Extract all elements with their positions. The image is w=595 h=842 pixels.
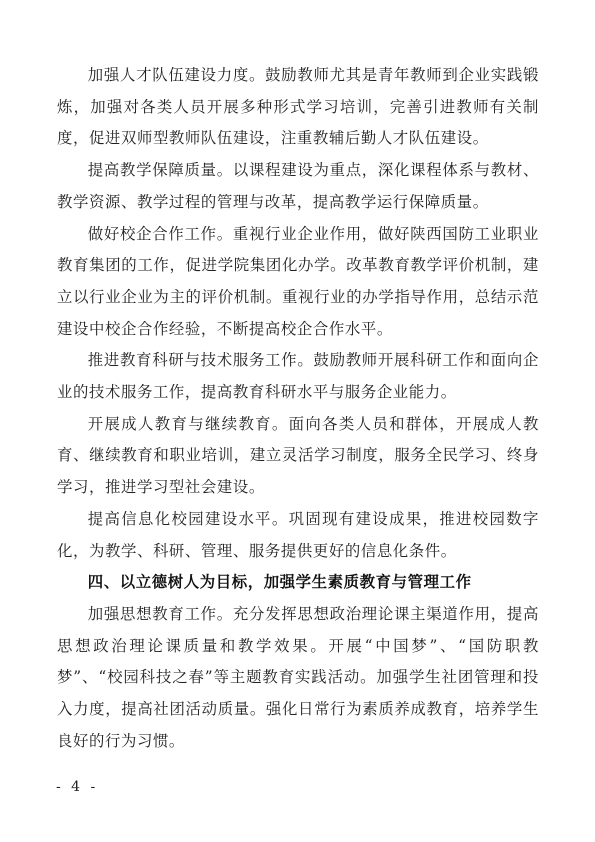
page-number: - 4 -: [56, 779, 98, 795]
paragraph-ideological-education: 加强思想教育工作。充分发挥思想政治理论课主渠道作用，提高思想政治理论课质量和教学…: [57, 599, 539, 758]
paragraph-talent-team: 加强人才队伍建设力度。鼓励教师尤其是青年教师到企业实践锻炼，加强对各类人员开展多…: [57, 60, 539, 155]
paragraph-school-enterprise: 做好校企合作工作。重视行业企业作用，做好陕西国防工业职业教育集团的工作，促进学院…: [57, 219, 539, 346]
paragraph-teaching-quality: 提高教学保障质量。以课程建设为重点，深化课程体系与教材、教学资源、教学过程的管理…: [57, 155, 539, 218]
section-heading-four: 四、以立德树人为目标，加强学生素质教育与管理工作: [57, 567, 539, 599]
paragraph-digital-campus: 提高信息化校园建设水平。巩固现有建设成果，推进校园数字化，为教学、科研、管理、服…: [57, 504, 539, 567]
paragraph-adult-education: 开展成人教育与继续教育。面向各类人员和群体，开展成人教育、继续教育和职业培训，建…: [57, 409, 539, 504]
paragraph-research-service: 推进教育科研与技术服务工作。鼓励教师开展科研工作和面向企业的技术服务工作，提高教…: [57, 345, 539, 408]
document-page: 加强人才队伍建设力度。鼓励教师尤其是青年教师到企业实践锻炼，加强对各类人员开展多…: [57, 60, 539, 757]
